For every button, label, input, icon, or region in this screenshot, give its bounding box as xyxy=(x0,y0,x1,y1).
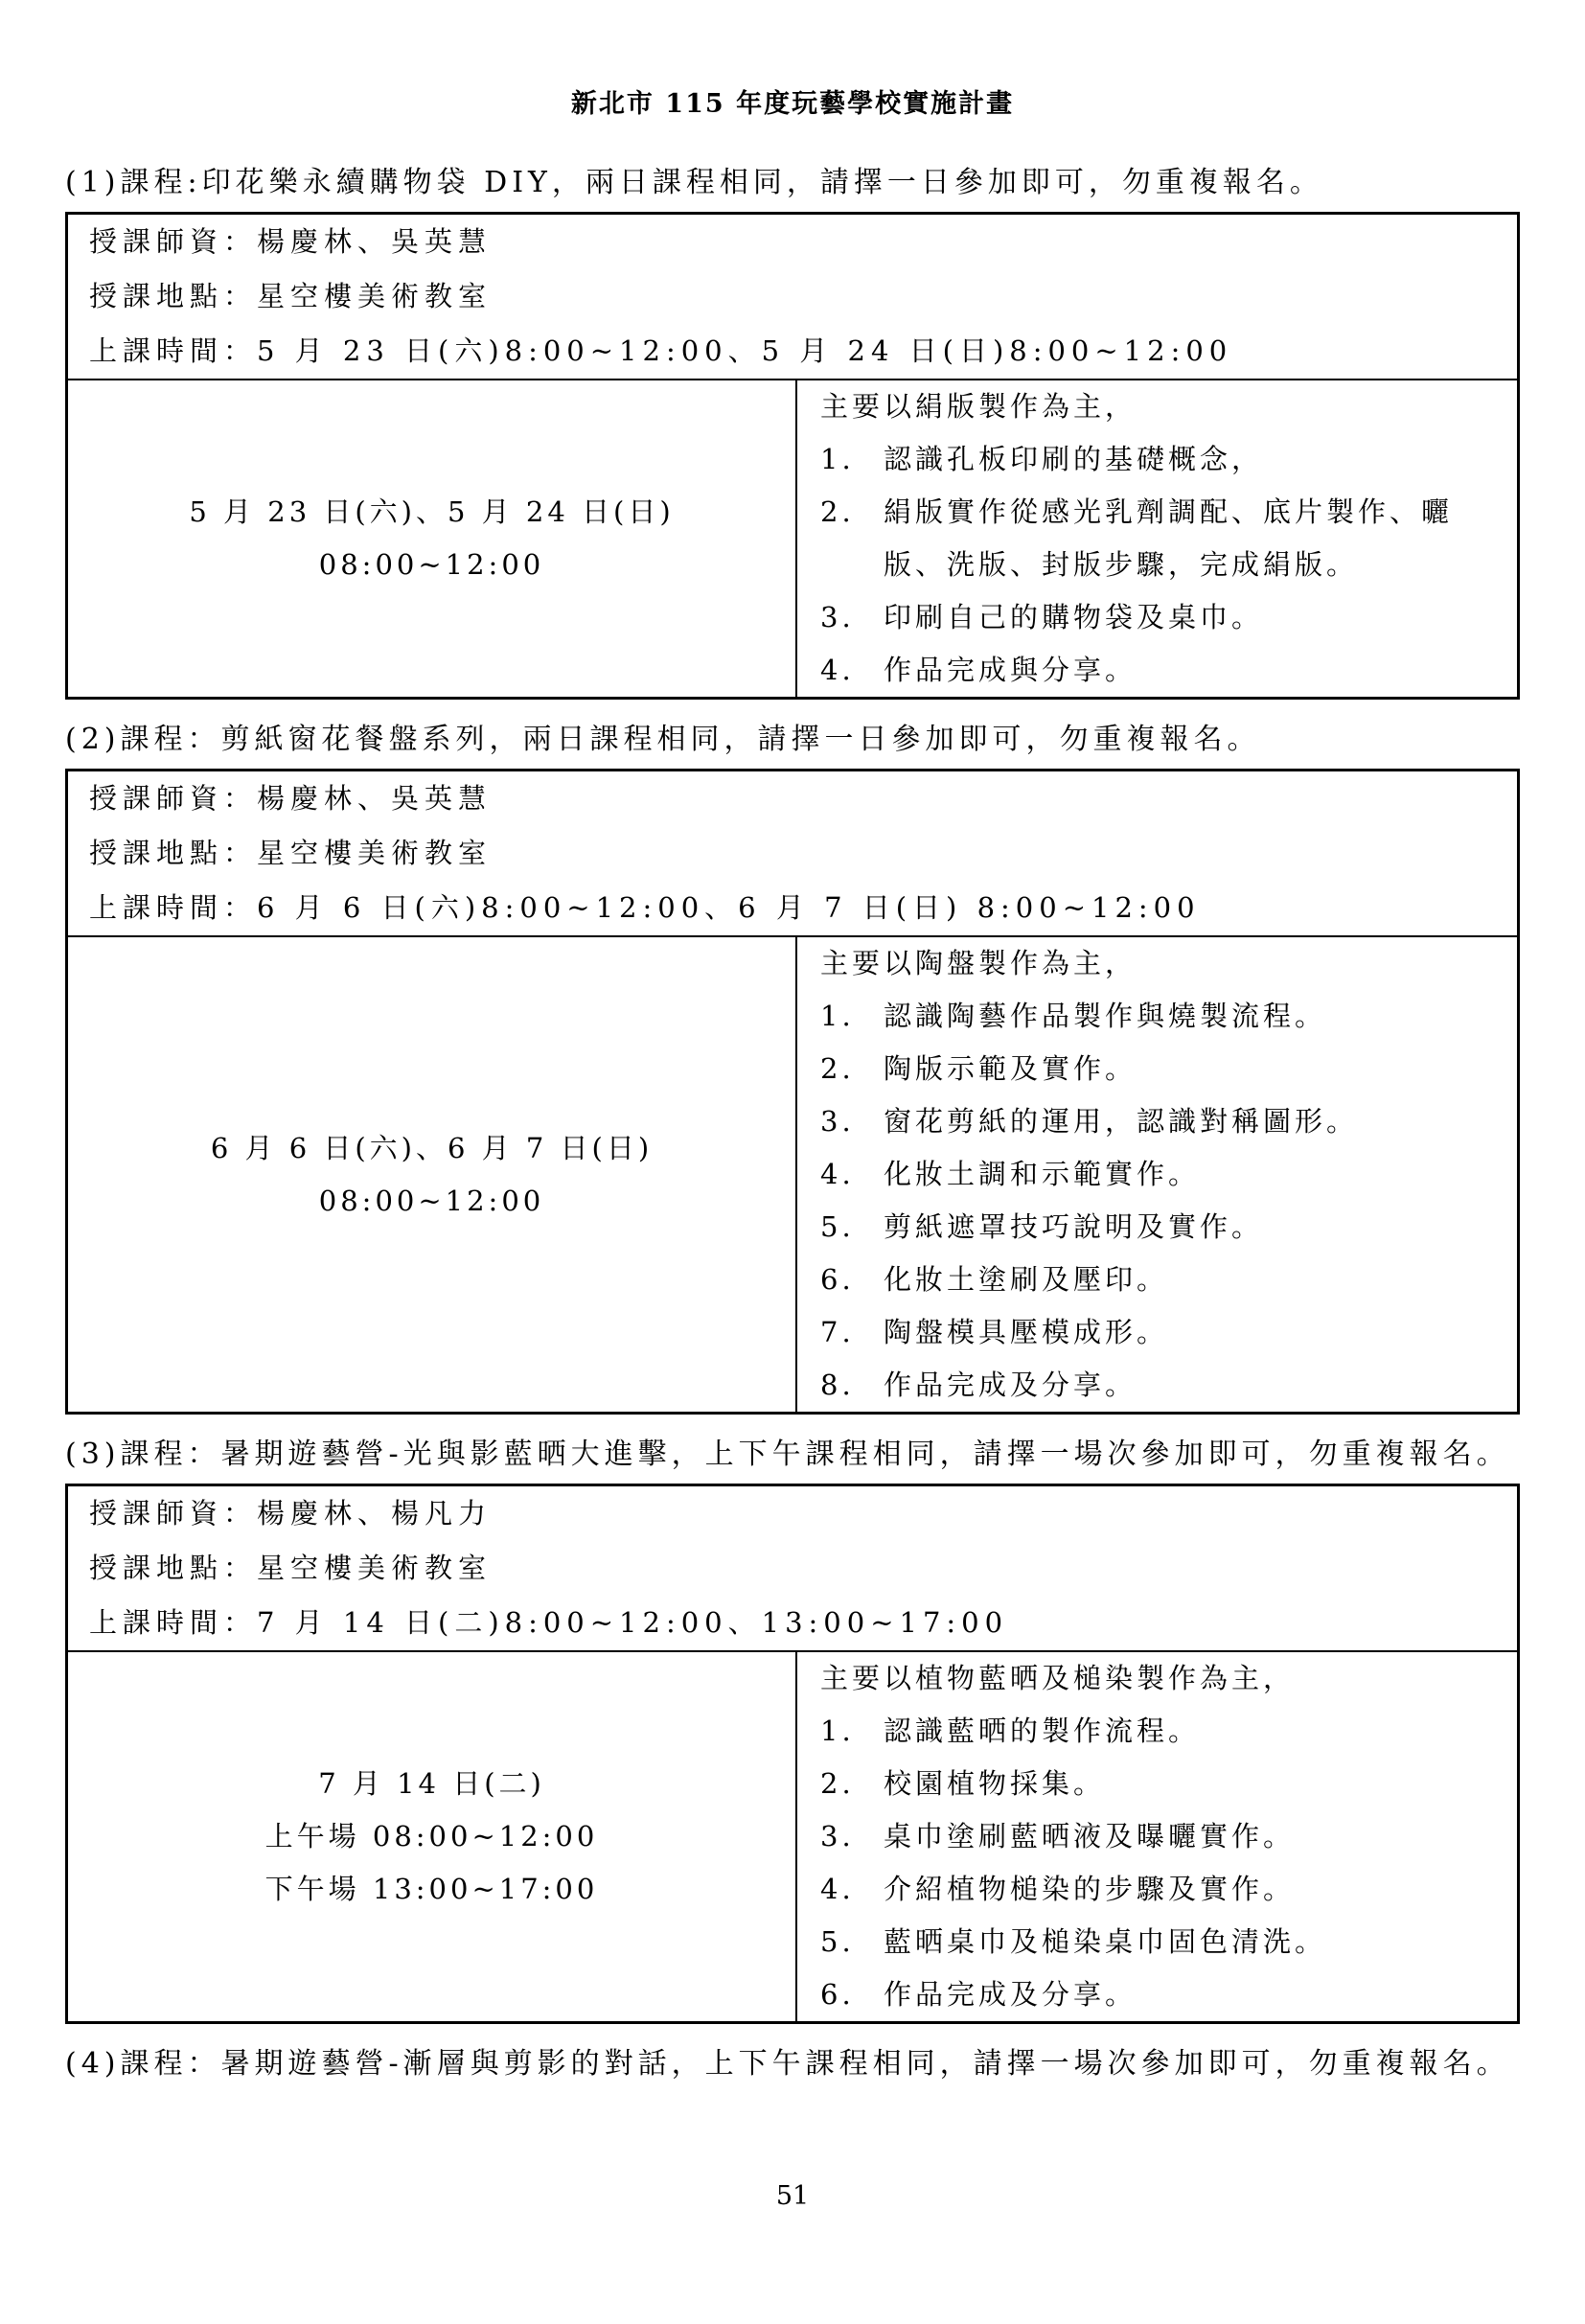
item-text: 介紹植物槌染的步驟及實作。 xyxy=(884,1863,1507,1916)
item-number: 4. xyxy=(820,1863,884,1916)
course-intro-4: (4)課程：暑期遊藝營-漸層與剪影的對話，上下午課程相同，請擇一場次參加即可，勿… xyxy=(65,2045,1520,2083)
course-item: 3. 桌巾塗刷藍晒液及曝曬實作。 xyxy=(820,1810,1507,1863)
course-item: 3. 窗花剪紙的運用，認識對稱圖形。 xyxy=(820,1095,1507,1148)
document-page: 新北市 115 年度玩藝學校實施計畫 (1)課程:印花樂永續購物袋 DIY，兩日… xyxy=(0,82,1585,2083)
course-item: 1. 認識藍晒的製作流程。 xyxy=(820,1705,1507,1758)
instructor-line: 授課師資：楊慶林、吳英慧 xyxy=(68,215,1517,269)
table-content-row: 5 月 23 日(六)、5 月 24 日(日) 08:00~12:00 主要以絹… xyxy=(68,379,1517,697)
instructor-line: 授課師資：楊慶林、楊凡力 xyxy=(68,1486,1517,1541)
location-line: 授課地點：星空樓美術教室 xyxy=(68,269,1517,324)
item-number: 1. xyxy=(820,433,884,486)
item-text: 作品完成及分享。 xyxy=(884,1968,1507,2021)
course-item: 6. 化妝土塗刷及壓印。 xyxy=(820,1254,1507,1306)
course-item: 5. 藍晒桌巾及槌染桌巾固色清洗。 xyxy=(820,1916,1507,1968)
time-line: 上課時間：5 月 23 日(六)8:00~12:00、5 月 24 日(日)8:… xyxy=(68,324,1517,379)
course-item: 2. 絹版實作從感光乳劑調配、底片製作、曬版、洗版、封版步驟，完成絹版。 xyxy=(820,486,1507,591)
item-text: 化妝土塗刷及壓印。 xyxy=(884,1254,1507,1306)
item-number: 7. xyxy=(820,1306,884,1359)
item-text: 窗花剪紙的運用，認識對稱圖形。 xyxy=(884,1095,1507,1148)
item-text: 認識孔板印刷的基礎概念， xyxy=(884,433,1507,486)
course-summary: 主要以陶盤製作為主， xyxy=(820,937,1507,990)
course-item: 7. 陶盤模具壓模成形。 xyxy=(820,1306,1507,1359)
item-number: 3. xyxy=(820,591,884,644)
item-number: 6. xyxy=(820,1254,884,1306)
course-item: 2. 校園植物採集。 xyxy=(820,1758,1507,1810)
course-summary: 主要以絹版製作為主， xyxy=(820,380,1507,433)
description-cell: 主要以植物藍晒及槌染製作為主， 1. 認識藍晒的製作流程。 2. 校園植物採集。… xyxy=(795,1652,1517,2021)
page-number: 51 xyxy=(0,2181,1585,2211)
item-text: 認識藍晒的製作流程。 xyxy=(884,1705,1507,1758)
item-number: 4. xyxy=(820,644,884,697)
location-line: 授課地點：星空樓美術教室 xyxy=(68,1541,1517,1596)
page-title: 新北市 115 年度玩藝學校實施計畫 xyxy=(65,82,1520,120)
item-text: 陶盤模具壓模成形。 xyxy=(884,1306,1507,1359)
item-number: 2. xyxy=(820,486,884,591)
schedule-cell: 5 月 23 日(六)、5 月 24 日(日) 08:00~12:00 xyxy=(68,380,795,697)
item-text: 校園植物採集。 xyxy=(884,1758,1507,1810)
schedule-line: 7 月 14 日(二) xyxy=(318,1758,545,1810)
item-text: 陶版示範及實作。 xyxy=(884,1043,1507,1095)
schedule-line: 6 月 6 日(六)、6 月 7 日(日) xyxy=(211,1122,653,1175)
course-intro-3: (3)課程：暑期遊藝營-光與影藍晒大進擊，上下午課程相同，請擇一場次參加即可，勿… xyxy=(65,1436,1520,1474)
time-line: 上課時間：6 月 6 日(六)8:00~12:00、6 月 7 日(日) 8:0… xyxy=(68,881,1517,935)
item-number: 3. xyxy=(820,1810,884,1863)
course-item: 1. 認識陶藝作品製作與燒製流程。 xyxy=(820,990,1507,1043)
course-item: 3. 印刷自己的購物袋及桌巾。 xyxy=(820,591,1507,644)
course-table-3: 授課師資：楊慶林、楊凡力 授課地點：星空樓美術教室 上課時間：7 月 14 日(… xyxy=(65,1484,1520,2024)
course-item: 4. 作品完成與分享。 xyxy=(820,644,1507,697)
course-summary: 主要以植物藍晒及槌染製作為主， xyxy=(820,1652,1507,1705)
item-text: 認識陶藝作品製作與燒製流程。 xyxy=(884,990,1507,1043)
item-text: 作品完成與分享。 xyxy=(884,644,1507,697)
course-item: 4. 介紹植物槌染的步驟及實作。 xyxy=(820,1863,1507,1916)
item-text: 作品完成及分享。 xyxy=(884,1359,1507,1412)
item-number: 2. xyxy=(820,1043,884,1095)
item-text: 剪紙遮罩技巧說明及實作。 xyxy=(884,1201,1507,1254)
course-item: 1. 認識孔板印刷的基礎概念， xyxy=(820,433,1507,486)
item-number: 1. xyxy=(820,1705,884,1758)
item-number: 6. xyxy=(820,1968,884,2021)
item-text: 絹版實作從感光乳劑調配、底片製作、曬版、洗版、封版步驟，完成絹版。 xyxy=(884,486,1507,591)
item-number: 4. xyxy=(820,1148,884,1201)
schedule-line: 下午場 13:00~17:00 xyxy=(265,1863,599,1916)
item-number: 1. xyxy=(820,990,884,1043)
description-cell: 主要以絹版製作為主， 1. 認識孔板印刷的基礎概念， 2. 絹版實作從感光乳劑調… xyxy=(795,380,1517,697)
course-item: 5. 剪紙遮罩技巧說明及實作。 xyxy=(820,1201,1507,1254)
schedule-line: 08:00~12:00 xyxy=(319,1175,544,1228)
course-item: 4. 化妝土調和示範實作。 xyxy=(820,1148,1507,1201)
course-item: 2. 陶版示範及實作。 xyxy=(820,1043,1507,1095)
course-item: 8. 作品完成及分享。 xyxy=(820,1359,1507,1412)
instructor-line: 授課師資：楊慶林、吳英慧 xyxy=(68,771,1517,826)
course-intro-1: (1)課程:印花樂永續購物袋 DIY，兩日課程相同，請擇一日參加即可，勿重複報名… xyxy=(65,164,1520,202)
schedule-line: 5 月 23 日(六)、5 月 24 日(日) xyxy=(189,486,674,539)
schedule-line: 08:00~12:00 xyxy=(319,539,544,591)
course-intro-2: (2)課程：剪紙窗花餐盤系列，兩日課程相同，請擇一日參加即可，勿重複報名。 xyxy=(65,721,1520,759)
item-number: 5. xyxy=(820,1201,884,1254)
course-item: 6. 作品完成及分享。 xyxy=(820,1968,1507,2021)
schedule-line: 上午場 08:00~12:00 xyxy=(265,1810,599,1863)
location-line: 授課地點：星空樓美術教室 xyxy=(68,826,1517,881)
item-number: 8. xyxy=(820,1359,884,1412)
schedule-cell: 6 月 6 日(六)、6 月 7 日(日) 08:00~12:00 xyxy=(68,937,795,1412)
item-text: 藍晒桌巾及槌染桌巾固色清洗。 xyxy=(884,1916,1507,1968)
time-line: 上課時間：7 月 14 日(二)8:00~12:00、13:00~17:00 xyxy=(68,1596,1517,1650)
table-content-row: 7 月 14 日(二) 上午場 08:00~12:00 下午場 13:00~17… xyxy=(68,1650,1517,2021)
item-number: 3. xyxy=(820,1095,884,1148)
item-number: 5. xyxy=(820,1916,884,1968)
item-text: 化妝土調和示範實作。 xyxy=(884,1148,1507,1201)
schedule-cell: 7 月 14 日(二) 上午場 08:00~12:00 下午場 13:00~17… xyxy=(68,1652,795,2021)
description-cell: 主要以陶盤製作為主， 1. 認識陶藝作品製作與燒製流程。 2. 陶版示範及實作。… xyxy=(795,937,1517,1412)
table-content-row: 6 月 6 日(六)、6 月 7 日(日) 08:00~12:00 主要以陶盤製… xyxy=(68,935,1517,1412)
item-text: 印刷自己的購物袋及桌巾。 xyxy=(884,591,1507,644)
item-text: 桌巾塗刷藍晒液及曝曬實作。 xyxy=(884,1810,1507,1863)
course-table-2: 授課師資：楊慶林、吳英慧 授課地點：星空樓美術教室 上課時間：6 月 6 日(六… xyxy=(65,769,1520,1415)
course-table-1: 授課師資：楊慶林、吳英慧 授課地點：星空樓美術教室 上課時間：5 月 23 日(… xyxy=(65,212,1520,700)
item-number: 2. xyxy=(820,1758,884,1810)
